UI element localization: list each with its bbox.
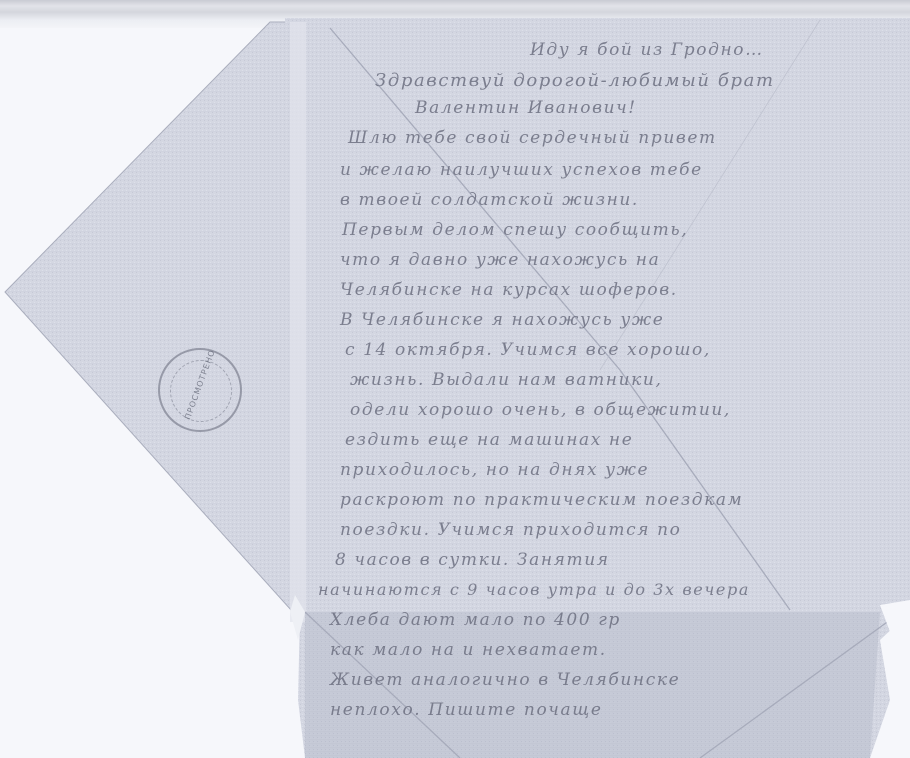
text-line: Первым делом спешу сообщить, xyxy=(342,220,688,240)
text-line: поездки. Учимся приходится по xyxy=(340,520,682,540)
text-line: ездить еще на машинах не xyxy=(345,430,633,450)
text-line: 8 часов в сутки. Занятия xyxy=(335,550,610,570)
text-line: жизнь. Выдали нам ватники, xyxy=(350,370,662,390)
text-line: в твоей солдатской жизни. xyxy=(340,190,639,210)
text-line: и желаю наилучших успехов тебе xyxy=(340,160,703,180)
greeting-line: Здравствуй дорогой-любимый брат xyxy=(375,70,775,91)
handwritten-text: Иду я бой из Гродно… Здравствуй дорогой-… xyxy=(0,0,910,758)
text-line: что я давно уже нахожусь на xyxy=(340,250,660,270)
text-line: приходилось, но на днях уже xyxy=(340,460,649,480)
text-line: В Челябинске я нахожусь уже xyxy=(340,310,664,330)
text-line: Челябинске на курсах шоферов. xyxy=(340,280,678,300)
text-line: Иду я бой из Гродно… xyxy=(530,40,764,60)
text-line: Живет аналогично в Челябинске xyxy=(330,670,680,690)
text-line: с 14 октября. Учимся все хорошо, xyxy=(345,340,711,360)
text-line: раскроют по практическим поездкам xyxy=(340,490,743,510)
text-line: начинаются с 9 часов утра и до 3х вечера xyxy=(318,580,750,599)
text-line: Хлеба дают мало по 400 гр xyxy=(330,610,621,630)
text-line: одели хорошо очень, в общежитии, xyxy=(350,400,731,420)
text-line: Шлю тебе свой сердечный привет xyxy=(348,128,717,148)
addressee-line: Валентин Иванович! xyxy=(415,98,637,118)
closing-line: неплохо. Пишите почаще xyxy=(330,700,602,720)
text-line: как мало на и нехватает. xyxy=(330,640,607,660)
